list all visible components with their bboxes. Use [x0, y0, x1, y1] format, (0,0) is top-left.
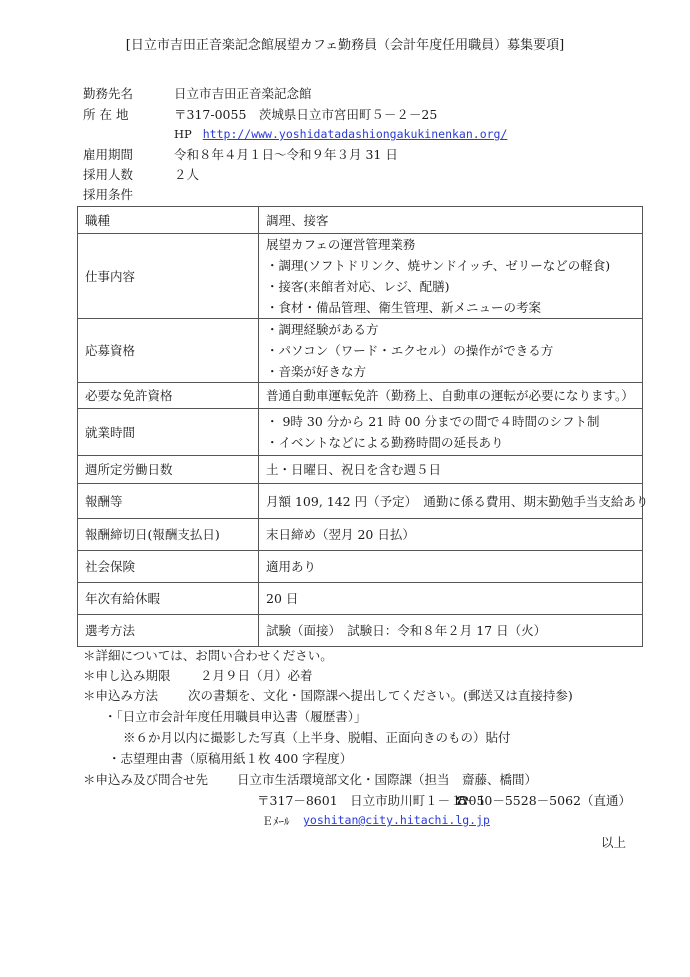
condition-key: 社会保険: [78, 551, 259, 583]
condition-value-line: 適用あり: [266, 556, 642, 577]
condition-value-line: 試験（面接） 試験日：令和８年２月 17 日（火）: [266, 620, 642, 641]
condition-value-line: ・パソコン（ワード・エクセル）の操作ができる方: [266, 340, 642, 361]
homepage-line: HP http://www.yoshidatadashiongakukinenk…: [174, 129, 507, 141]
condition-key: 報酬締切日(報酬支払日): [78, 519, 259, 551]
email-label: Ｅﾒｰﾙ: [262, 816, 290, 827]
note-doc1-photo: ※６か月以内に撮影した写真（上半身、脱帽、正面向きのもの）貼付: [123, 732, 511, 745]
condition-value-line: ・イベントなどによる勤務時間の延長あり: [266, 432, 642, 453]
condition-row: 週所定労働日数土・日曜日、祝日を含む週５日: [78, 456, 643, 484]
condition-value-line: ・音楽が好きな方: [266, 361, 642, 382]
condition-value: 普通自動車運転免許（勤務上、自動車の運転が必要になります。）: [259, 383, 643, 409]
condition-key: 週所定労働日数: [78, 456, 259, 484]
note-details: ＊詳細については、お問い合わせください。: [83, 650, 333, 663]
note-contact-label: ＊申込み及び問合せ先: [83, 774, 208, 787]
workplace-value: 日立市吉田正音楽記念館: [174, 88, 312, 101]
contact-phone: ☎050－5528－5062（直通）: [456, 795, 631, 808]
condition-value: ・ 9時 30 分から 21 時 00 分までの間で４時間のシフト制・イベントな…: [259, 409, 643, 456]
closing-text: 以上: [601, 837, 626, 850]
condition-key: 仕事内容: [78, 234, 259, 319]
note-deadline-value: ２月９日（月）必着: [200, 670, 313, 683]
condition-value-line: 土・日曜日、祝日を含む週５日: [266, 459, 642, 480]
condition-key: 必要な免許資格: [78, 383, 259, 409]
condition-value-line: ・調理(ソフトドリンク、焼サンドイッチ、ゼリーなどの軽食): [266, 255, 642, 276]
condition-value: 20 日: [259, 583, 643, 615]
contact-address: 〒317－8601 日立市助川町１－１－１: [257, 795, 488, 808]
note-deadline-label: ＊申し込み期限: [83, 670, 171, 683]
conditions-label: 採用条件: [83, 189, 133, 202]
note-contact-value: 日立市生活環境部文化・国際課（担当 齋藤、橋間）: [237, 774, 537, 787]
condition-value-line: 普通自動車運転免許（勤務上、自動車の運転が必要になります。）: [266, 385, 642, 406]
condition-value: 展望カフェの運営管理業務・調理(ソフトドリンク、焼サンドイッチ、ゼリーなどの軽食…: [259, 234, 643, 319]
condition-value-line: 月額 109, 142 円（予定） 通勤に係る費用、期末勤勉手当支給あり: [266, 491, 642, 512]
period-label: 雇用期間: [83, 149, 133, 162]
condition-value-line: ・調理経験がある方: [266, 319, 642, 340]
condition-value-line: ・接客(来館者対応、レジ、配膳): [266, 276, 642, 297]
conditions-table: 職種調理、接客仕事内容展望カフェの運営管理業務・調理(ソフトドリンク、焼サンドイ…: [77, 206, 643, 647]
condition-row: 就業時間・ 9時 30 分から 21 時 00 分までの間で４時間のシフト制・イ…: [78, 409, 643, 456]
condition-row: 社会保険適用あり: [78, 551, 643, 583]
period-value: 令和８年４月１日～令和９年３月 31 日: [174, 149, 398, 162]
condition-row: 選考方法試験（面接） 試験日：令和８年２月 17 日（火）: [78, 615, 643, 647]
condition-row: 必要な免許資格普通自動車運転免許（勤務上、自動車の運転が必要になります。）: [78, 383, 643, 409]
condition-key: 年次有給休暇: [78, 583, 259, 615]
homepage-link[interactable]: http://www.yoshidatadashiongakukinenkan.…: [203, 127, 508, 141]
condition-key: 職種: [78, 207, 259, 234]
condition-value-line: 20 日: [266, 588, 642, 609]
condition-value: ・調理経験がある方・パソコン（ワード・エクセル）の操作ができる方・音楽が好きな方: [259, 319, 643, 383]
condition-row: 年次有給休暇20 日: [78, 583, 643, 615]
condition-row: 応募資格・調理経験がある方・パソコン（ワード・エクセル）の操作ができる方・音楽が…: [78, 319, 643, 383]
headcount-value: ２人: [174, 169, 199, 182]
condition-row: 報酬等月額 109, 142 円（予定） 通勤に係る費用、期末勤勉手当支給あり: [78, 484, 643, 519]
condition-value: 土・日曜日、祝日を含む週５日: [259, 456, 643, 484]
condition-row: 報酬締切日(報酬支払日)末日締め（翌月 20 日払）: [78, 519, 643, 551]
condition-value-line: 展望カフェの運営管理業務: [266, 234, 642, 255]
note-method-label: ＊申込み方法: [83, 690, 158, 703]
condition-value-line: ・ 9時 30 分から 21 時 00 分までの間で４時間のシフト制: [266, 411, 642, 432]
condition-value: 末日締め（翌月 20 日払）: [259, 519, 643, 551]
condition-value: 月額 109, 142 円（予定） 通勤に係る費用、期末勤勉手当支給あり: [259, 484, 643, 519]
condition-key: 選考方法: [78, 615, 259, 647]
condition-value-line: ・食材・備品管理、衛生管理、新メニューの考案: [266, 297, 642, 318]
condition-value-line: 調理、接客: [266, 210, 642, 231]
homepage-prefix: HP: [174, 127, 192, 141]
condition-key: 就業時間: [78, 409, 259, 456]
address-value: 〒317-0055 茨城県日立市宮田町５－２－25: [174, 109, 437, 122]
address-label: 所 在 地: [83, 109, 128, 122]
condition-value: 調理、接客: [259, 207, 643, 234]
condition-row: 職種調理、接客: [78, 207, 643, 234]
condition-value: 適用あり: [259, 551, 643, 583]
document-title: [日立市吉田正音楽記念館展望カフェ勤務員（会計年度任用職員）募集要項]: [0, 39, 690, 52]
condition-value-line: 末日締め（翌月 20 日払）: [266, 524, 642, 545]
condition-value: 試験（面接） 試験日：令和８年２月 17 日（火）: [259, 615, 643, 647]
note-doc2: ・志望理由書（原稿用紙１枚 400 字程度）: [108, 753, 352, 766]
workplace-label: 勤務先名: [83, 88, 133, 101]
condition-row: 仕事内容展望カフェの運営管理業務・調理(ソフトドリンク、焼サンドイッチ、ゼリーな…: [78, 234, 643, 319]
email-link[interactable]: yoshitan@city.hitachi.lg.jp: [303, 815, 490, 827]
note-doc1: ・「日立市会計年度任用職員申込書（履歴書）」: [104, 711, 367, 724]
note-method-value: 次の書類を、文化・国際課へ提出してください。(郵送又は直接持参): [188, 690, 573, 703]
headcount-label: 採用人数: [83, 169, 133, 182]
condition-key: 応募資格: [78, 319, 259, 383]
condition-key: 報酬等: [78, 484, 259, 519]
